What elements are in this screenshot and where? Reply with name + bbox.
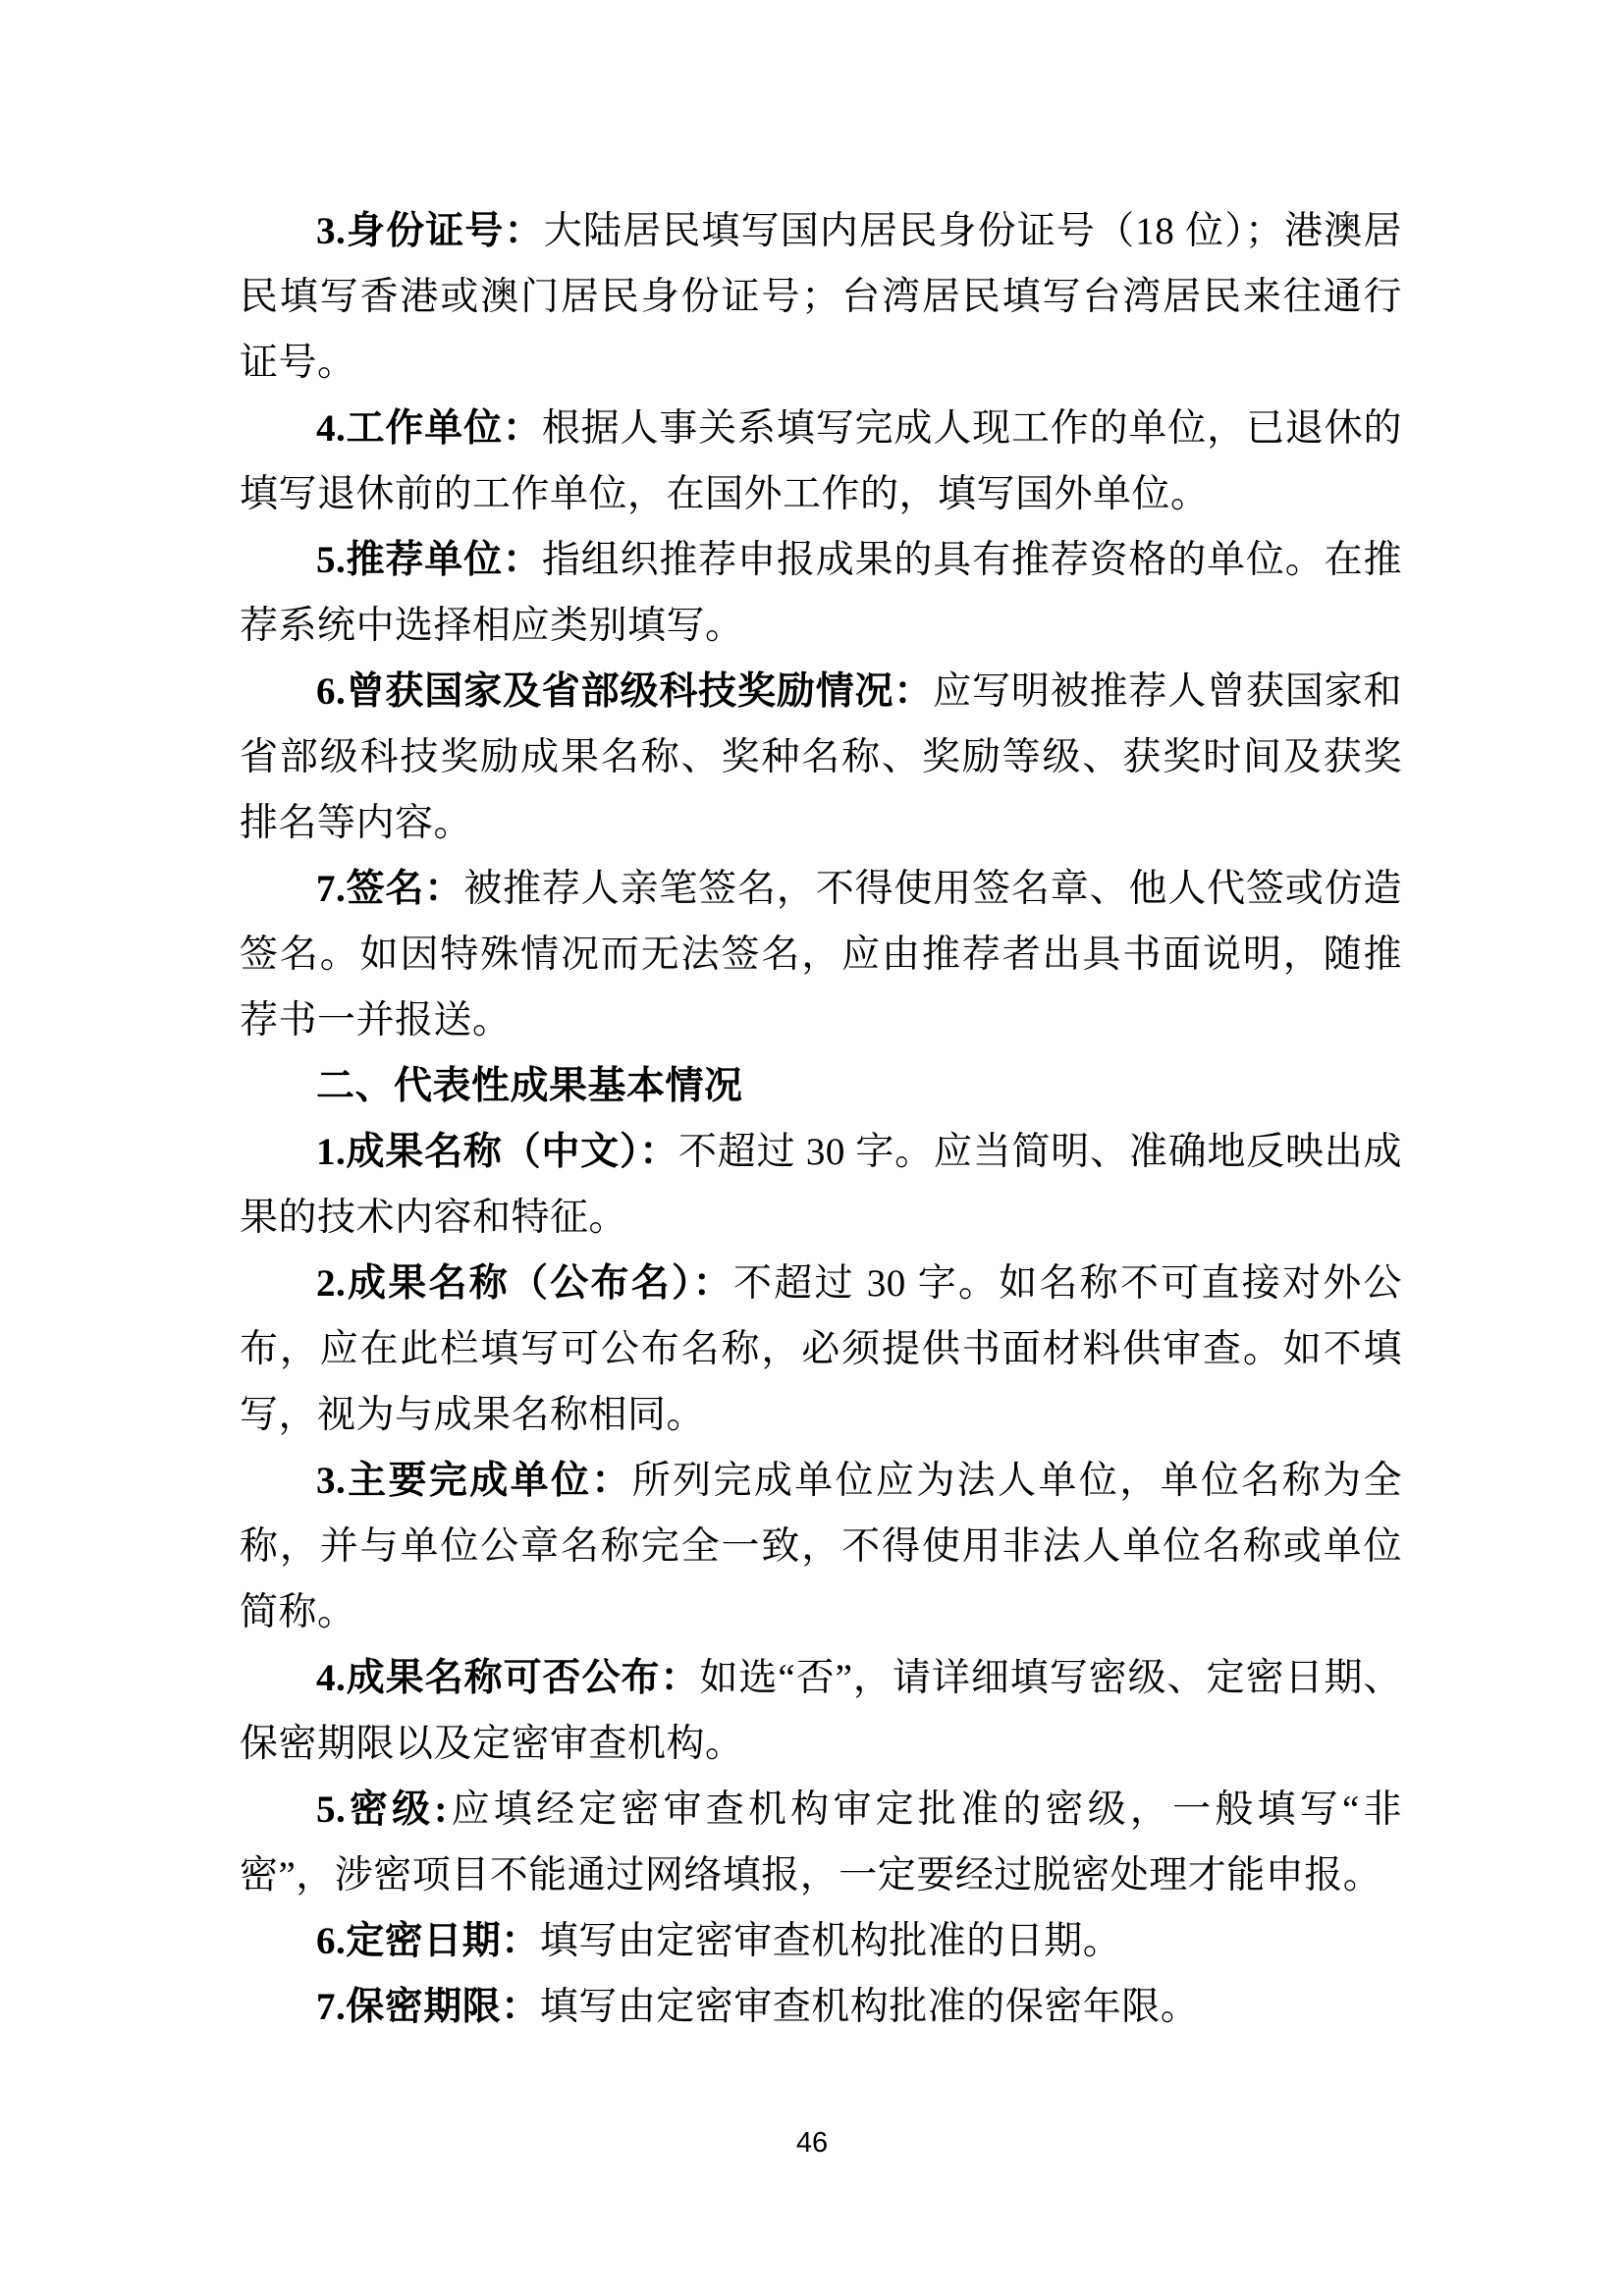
para-id-number: 3.身份证号：大陆居民填写国内居民身份证号（18 位）；港澳居民填写香港或澳门居… [240, 198, 1402, 396]
para-main-completing-units-label: 3.主要完成单位： [316, 1460, 632, 1502]
para-work-unit-label: 4.工作单位： [316, 407, 542, 450]
para-security-level-label: 5.密级: [316, 1789, 448, 1831]
para-recommending-unit-label: 5.推荐单位： [316, 539, 542, 581]
para-name-publishable: 4.成果名称可否公布：如选“否”，请详细填写密级、定密日期、保密期限以及定密审查… [240, 1645, 1402, 1777]
para-achievement-name-cn: 1.成果名称（中文）：不超过 30 字。应当简明、准确地反映出成果的技术内容和特… [240, 1119, 1402, 1251]
para-confidentiality-period: 7.保密期限：填写由定密审查机构批准的保密年限。 [240, 1974, 1402, 2040]
para-signature: 7.签名：被推荐人亲笔签名，不得使用签名章、他人代签或仿造签名。如因特殊情况而无… [240, 856, 1402, 1053]
para-classification-date: 6.定密日期：填写由定密审查机构批准的日期。 [240, 1908, 1402, 1974]
document-content: 3.身份证号：大陆居民填写国内居民身份证号（18 位）；港澳居民填写香港或澳门居… [240, 198, 1402, 2040]
para-previous-awards: 6.曾获国家及省部级科技奖励情况：应写明被推荐人曾获国家和省部级科技奖励成果名称… [240, 659, 1402, 856]
document-page: 3.身份证号：大陆居民填写国内居民身份证号（18 位）；港澳居民填写香港或澳门居… [0, 0, 1624, 2296]
para-recommending-unit: 5.推荐单位：指组织推荐申报成果的具有推荐资格的单位。在推荐系统中选择相应类别填… [240, 527, 1402, 659]
para-name-publishable-label: 4.成果名称可否公布： [316, 1657, 699, 1699]
para-security-level: 5.密级:应填经定密审查机构审定批准的密级，一般填写“非密”，涉密项目不能通过网… [240, 1777, 1402, 1908]
para-main-completing-units: 3.主要完成单位：所列完成单位应为法人单位，单位名称为全称，并与单位公章名称完全… [240, 1448, 1402, 1645]
section-heading: 二、代表性成果基本情况 [240, 1053, 1402, 1119]
para-previous-awards-label: 6.曾获国家及省部级科技奖励情况： [316, 670, 933, 713]
para-classification-date-text: 填写由定密审查机构批准的日期。 [540, 1920, 1122, 1962]
para-confidentiality-period-text: 填写由定密审查机构批准的保密年限。 [540, 1986, 1200, 2028]
para-work-unit: 4.工作单位：根据人事关系填写完成人现工作的单位，已退休的填写退休前的工作单位，… [240, 396, 1402, 527]
para-confidentiality-period-label: 7.保密期限： [316, 1986, 540, 2028]
para-classification-date-label: 6.定密日期： [316, 1920, 540, 1962]
para-achievement-public-name-label: 2.成果名称（公布名）： [316, 1262, 733, 1305]
para-signature-label: 7.签名： [316, 868, 463, 910]
para-achievement-public-name: 2.成果名称（公布名）：不超过 30 字。如名称不可直接对外公布，应在此栏填写可… [240, 1251, 1402, 1448]
para-id-number-label: 3.身份证号： [316, 210, 544, 252]
page-number: 46 [0, 2126, 1624, 2160]
para-achievement-name-cn-label: 1.成果名称（中文）： [316, 1131, 678, 1173]
